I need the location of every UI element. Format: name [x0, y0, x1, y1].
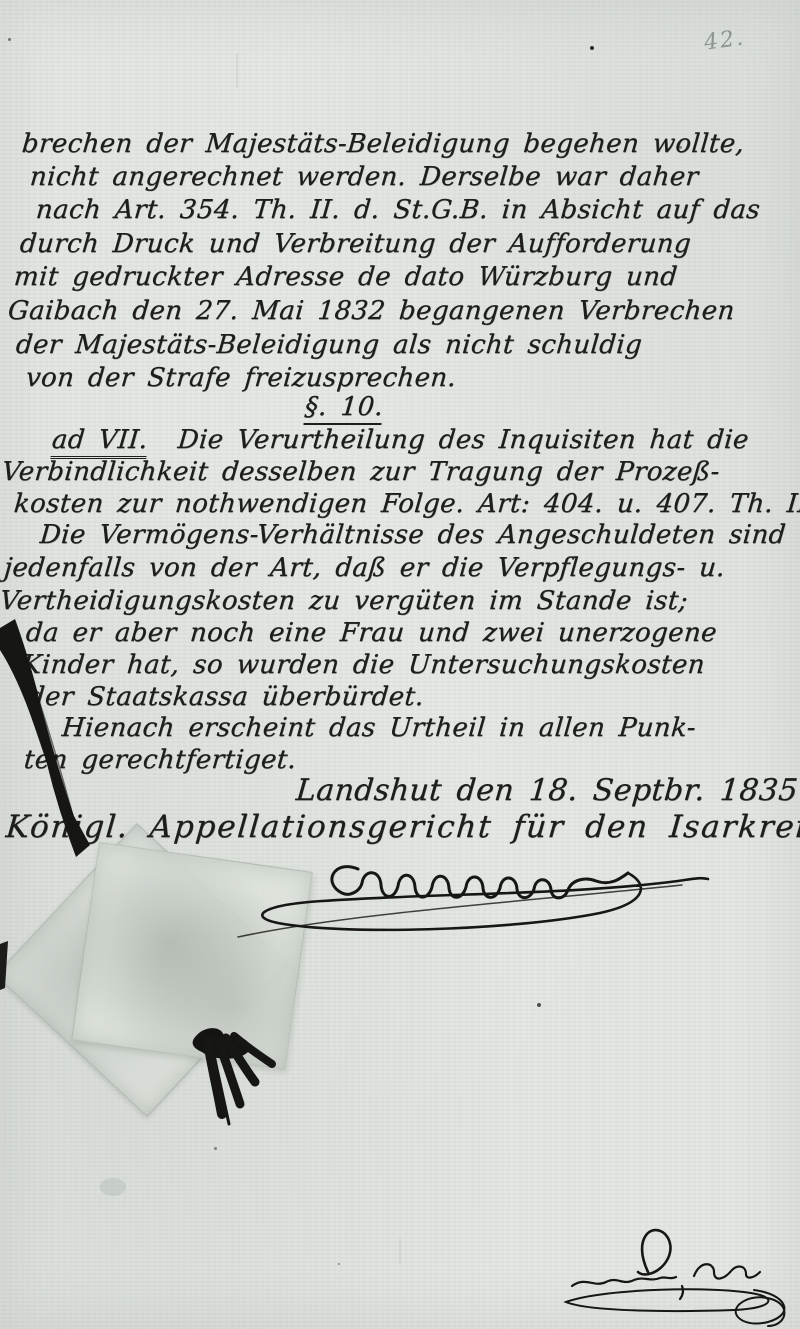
manuscript-line: Hienach erscheint das Urtheil in allen P… — [61, 715, 697, 741]
secretary-signature-flourish — [548, 1222, 798, 1329]
paper-stain — [100, 1178, 126, 1196]
manuscript-line: durch Druck und Verbreitung der Aufforde… — [19, 231, 692, 257]
manuscript-line: brechen der Majestäts-Beleidigung begehe… — [21, 131, 746, 157]
seal-cord-tassels — [182, 1022, 297, 1132]
paper-speck — [338, 1263, 340, 1265]
paper-speck — [590, 46, 594, 50]
manuscript-line: nicht angerechnet werden. Derselbe war d… — [29, 164, 700, 190]
paper-crease — [399, 1238, 401, 1264]
manuscript-line: jedenfalls von der Art, daß er die Verpf… — [3, 555, 726, 581]
manuscript-line: der Majestäts-Beleidigung als nicht schu… — [15, 332, 643, 358]
manuscript-line: da er aber noch eine Frau und zwei unerz… — [25, 620, 718, 646]
manuscript-line: mit gedruckter Adresse de dato Würzburg … — [13, 264, 679, 290]
court-name-line: Königl. Appellationsgericht für den Isar… — [5, 812, 800, 843]
manuscript-line: Kinder hat, so wurden die Untersuchungsk… — [21, 652, 706, 678]
manuscript-line: kosten zur nothwendigen Folge. Art: 404.… — [13, 491, 800, 517]
manuscript-line: von der Strafe freizusprechen. — [25, 365, 458, 391]
ad-vii-text: Die Verurtheilung des Inquisiten hat die — [176, 425, 750, 455]
manuscript-line: Gaibach den 27. Mai 1832 begangenen Verb… — [7, 298, 736, 324]
section-heading-text: §. 10. — [303, 392, 384, 425]
paper-speck — [537, 1003, 541, 1007]
court-signature-flourish — [230, 843, 720, 953]
paper-crease — [236, 54, 238, 88]
paper-speck — [214, 1147, 217, 1150]
date-place-line: Landshut den 18. Septbr. 1835 — [295, 776, 799, 806]
page-number: 42. — [702, 25, 746, 55]
ad-vii-label: ad VII. — [50, 425, 149, 459]
manuscript-line: Die Vermögens-Verhältnisse des Angeschul… — [39, 522, 787, 548]
manuscript-page: 42. brechen der Majestäts-Beleidigung be… — [0, 0, 800, 1329]
paper-speck — [8, 38, 11, 41]
section-heading: §. 10. — [304, 394, 385, 420]
seal-cord — [0, 598, 120, 1018]
manuscript-line: Verbindlichkeit desselben zur Tragung de… — [1, 459, 721, 485]
manuscript-line-ad-vii: ad VII.Die Verurtheilung des Inquisiten … — [51, 427, 750, 453]
manuscript-line: nach Art. 354. Th. II. d. St.G.B. in Abs… — [35, 197, 761, 223]
